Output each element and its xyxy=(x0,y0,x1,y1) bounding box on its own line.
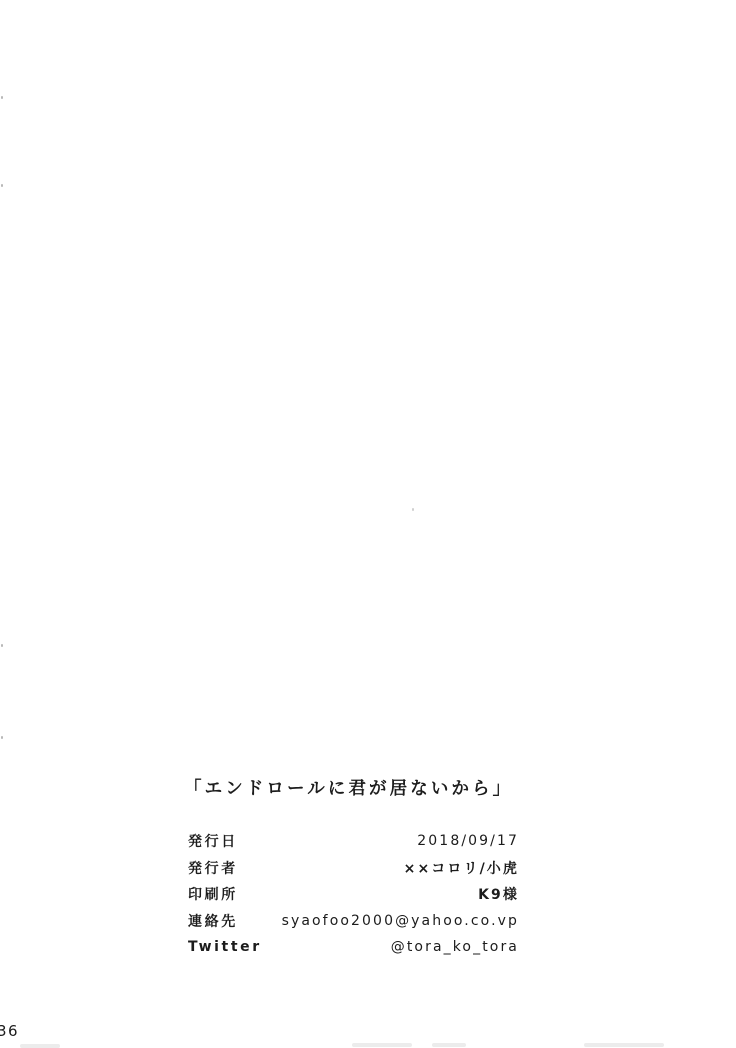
scan-smudge xyxy=(584,1043,664,1047)
scan-speck xyxy=(1,644,3,647)
contact-email: syaofoo2000@yahoo.co.vp xyxy=(282,913,519,929)
scan-smudge xyxy=(352,1043,412,1047)
scan-speck xyxy=(1,736,3,739)
scan-speck xyxy=(1,184,3,187)
page-number: 36 xyxy=(0,1022,19,1040)
publisher-value: ××コロリ/小虎 xyxy=(404,858,519,878)
row-twitter: Twitter @tora_ko_tora xyxy=(188,934,519,961)
printer-label: 印刷所 xyxy=(188,884,238,904)
publish-date-label: 発行日 xyxy=(188,831,238,851)
contact-label: 連絡先 xyxy=(188,911,238,931)
row-publish-date: 発行日 2018/09/17 xyxy=(188,828,519,855)
scan-smudge xyxy=(20,1044,60,1048)
printer-value: K9様 xyxy=(478,884,519,904)
twitter-label: Twitter xyxy=(188,939,262,955)
publisher-label: 発行者 xyxy=(188,858,238,878)
scan-smudge xyxy=(432,1043,466,1047)
colophon-info: 発行日 2018/09/17 発行者 ××コロリ/小虎 印刷所 K9様 連絡先 … xyxy=(188,828,519,961)
scan-speck xyxy=(412,508,414,511)
scan-speck xyxy=(1,96,3,99)
book-title: 「エンドロールに君が居ないから」 xyxy=(184,775,529,800)
colophon-page: 「エンドロールに君が居ないから」 発行日 2018/09/17 発行者 ××コロ… xyxy=(0,0,736,1048)
twitter-handle: @tora_ko_tora xyxy=(391,939,519,955)
row-printer: 印刷所 K9様 xyxy=(188,881,519,908)
publish-date-value: 2018/09/17 xyxy=(417,833,519,849)
row-contact: 連絡先 syaofoo2000@yahoo.co.vp xyxy=(188,908,519,935)
row-publisher: 発行者 ××コロリ/小虎 xyxy=(188,855,519,882)
